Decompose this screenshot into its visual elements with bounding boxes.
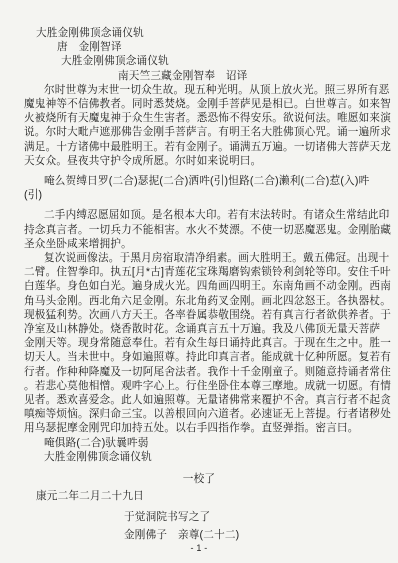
body-line: 说。尔时大毗卢遮那佛告金刚手菩萨言。有明王名大胜佛顶心咒。诵一遍所求	[24, 125, 374, 139]
colophon-place: 于觉洞院书写之了	[24, 510, 374, 524]
body-line: 复次说画像法。于黑月房宿取清净绢素。画大胜明王。戴五佛冠。出现十	[24, 251, 374, 265]
inner-title: 大胜金刚佛顶念诵仪轨	[24, 54, 374, 68]
doc-title: 大胜金刚佛顶念诵仪轨	[24, 26, 374, 40]
body-line: 火被烧所有天魔鬼神于众生生害者。悉恐怖不得安乐。欲说何法。唯愿如来演	[24, 111, 374, 125]
mantra-line: 唵俱路(二合)驮曩吽弱	[24, 436, 374, 450]
scripture-page: 大胜金刚佛顶念诵仪轨 唐 金刚智译 大胜金刚佛顶念诵仪轨 南天竺三藏金刚智奉 诏…	[0, 0, 398, 563]
body-line: 金刚天等。现身常随意奉仕。若有众生每日诵持此真言。于现在生之中。胜一	[24, 336, 374, 350]
body-line: 持念真言者。一切兵力不能相害。水火不焚漂。不使一切恶魔恶鬼。金刚胎藏	[24, 223, 374, 237]
colophon-scribe: 金刚佛子 亲尊(二十二)	[24, 528, 374, 542]
colophon-date: 康元二年二月二十九日	[24, 489, 374, 503]
body-line: 白莲华。身色如白光。遍身成火光。四角画四明王。东南角画不动金刚。西南	[24, 279, 374, 293]
mantra-line: (引)	[24, 188, 374, 202]
attribution-line: 南天竺三藏金刚智奉 诏译	[24, 69, 374, 83]
body-line: 现极猛利势。次画八方天王。各率眷属恭敬围绕。若有真言行者欲供养者。于	[24, 308, 374, 322]
body-line: 二臂。住智拳印。执五[月*古]青莲花宝珠羯磨钩索锁铃利剑轮等印。安住千叶	[24, 265, 374, 279]
mantra-line: 唵么贺缚日罗(二合)瑟抳(二合)洒吽(引)怛路(二合)濑利(二合)惹(入)吽	[24, 174, 374, 188]
page-number: - 1 -	[24, 542, 374, 554]
closing-title: 大胜金刚佛顶念诵仪轨	[24, 450, 374, 464]
body-line: 嗔痴等烦恼。深归命三宝。以善根回向六道者。必速证无上菩提。行者诸秽处	[24, 407, 374, 421]
body-line: 满足。十方诸佛中最胜明王。若有金刚子。诵满五万遍。一切诸佛大菩萨天龙	[24, 140, 374, 154]
body-line: 。若悲心莫他相憎。观吽字心上。行住坐卧住本尊三摩地。成就一切愿。有情	[24, 379, 374, 393]
body-line: 魔鬼神等不信佛教者。同时悉焚烧。金刚手菩萨见是相已。白世尊言。如来智	[24, 97, 374, 111]
body-line: 见者。悉欢喜爱念。此人如遍照尊。无量诸佛常来覆护不舍。真言行者不起贪	[24, 393, 374, 407]
body-line: 用乌瑟抳摩金刚咒印加持五处。以右手四指作拳。直竖弹指。密言曰。	[24, 421, 374, 435]
body-line: 角马头金刚。西北角六足金刚。东北角药叉金刚。画北四忿怒王。各执器杖。	[24, 294, 374, 308]
body-line: 尔时世尊为末世一切众生故。现五种光明。从顶上放火光。照三界所有恶	[24, 83, 374, 97]
body-line: 行者。作种种降魔及一切阿尾舍法者。我作十千金刚童子。则随意持诵者常住	[24, 365, 374, 379]
body-line: 净室及山林静处。烧香散时花。念诵真言五十万遍。我及八佛顶无量天菩萨	[24, 322, 374, 336]
translator-line: 唐 金刚智译	[24, 40, 374, 54]
body-line: 切天人。当未世中。身如遍照尊。持此印真言者。能成就十亿种所愿。复若有	[24, 350, 374, 364]
body-line: 天女众。昼夜共守护令成所愿。尔时如来说明曰。	[24, 154, 374, 168]
body-line: 二手内缚忍愿屈如顶。是名根本大印。若有末法转时。有诸众生常结此印	[24, 208, 374, 222]
proof-mark: 一校了	[24, 472, 374, 486]
body-line: 圣众坐卧咸来增拥护。	[24, 237, 374, 251]
